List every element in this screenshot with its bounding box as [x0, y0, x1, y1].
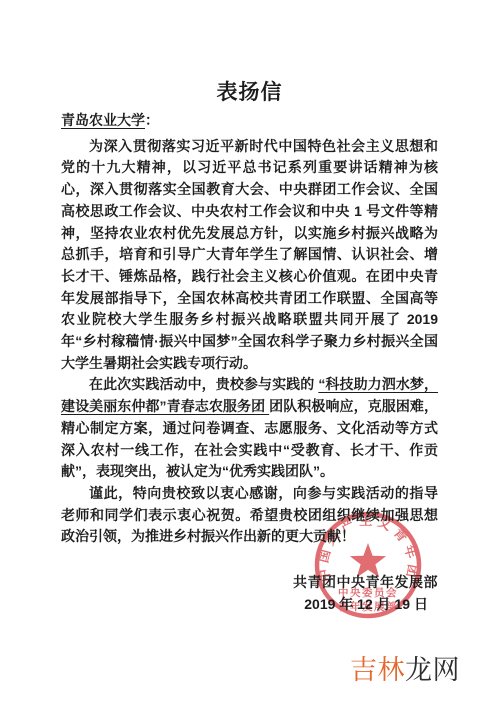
paragraph-3: 谨此，特向贵校致以衷心感谢，向参与实践活动的指导老师和同学们表示衷心祝贺。希望贵… — [61, 483, 438, 548]
signature-organization: 共青团中央青年发展部 — [61, 572, 438, 594]
letter-title: 表扬信 — [0, 0, 499, 106]
letter-content: 青岛农业大学： 为深入贯彻落实习近平新时代中国特色社会主义思想和党的十九大精神，… — [61, 110, 438, 615]
paragraph-2: 在此次实践活动中，贵校参与实践的 “科技助力泗水梦，建设美丽东仲都”青春志农服务… — [61, 374, 438, 483]
commendation-letter-page: 中国共产主义青年团 中央委员会 青年发展部 表扬信 青岛农业大学： 为深入贯彻落… — [0, 0, 499, 706]
signature-date: 2019 年 12 月 19 日 — [61, 594, 438, 616]
recipient-name: 青岛农业大学 — [61, 112, 145, 128]
watermark-part2: 龙网 — [405, 655, 460, 685]
paragraph-2-lead: 在此次实践活动中，贵校参与实践的 — [89, 376, 318, 392]
signature-block: 共青团中央青年发展部 2019 年 12 月 19 日 — [61, 572, 438, 615]
paragraph-1-text: 为深入贯彻落实习近平新时代中国特色社会主义思想和党的十九大精神，以习近平总书记系… — [61, 138, 438, 371]
paragraph-3-text: 谨此，特向贵校致以衷心感谢，向参与实践活动的指导老师和同学们表示衷心祝贺。希望贵… — [61, 485, 438, 544]
letter-body: 表扬信 青岛农业大学： 为深入贯彻落实习近平新时代中国特色社会主义思想和党的十九… — [0, 0, 499, 615]
salutation-colon: ： — [145, 112, 159, 128]
watermark-part1: 吉林 — [350, 655, 405, 685]
salutation-line: 青岛农业大学： — [61, 110, 438, 132]
paragraph-1: 为深入贯彻落实习近平新时代中国特色社会主义思想和党的十九大精神，以习近平总书记系… — [61, 136, 438, 375]
site-watermark: 吉林龙网 — [350, 657, 460, 684]
